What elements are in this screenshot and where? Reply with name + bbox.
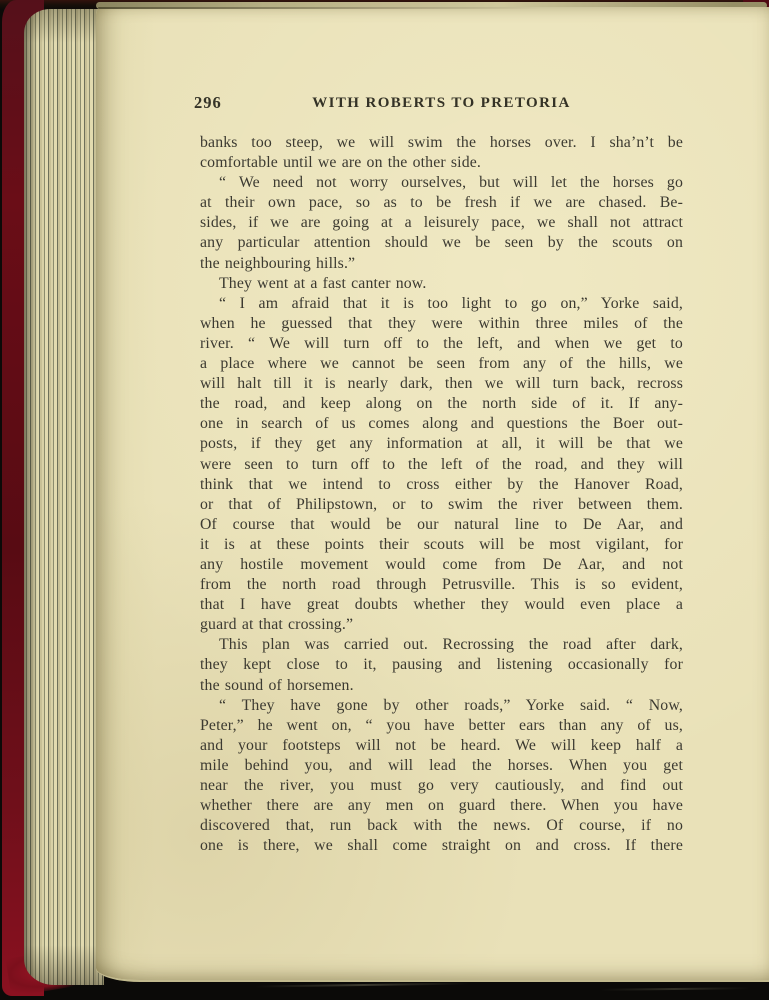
- text-line: at their own pace, so as to be fresh if …: [200, 193, 683, 213]
- text-line: when he guessed that they were within th…: [200, 314, 683, 334]
- text-line: will halt till it is nearly dark, then w…: [200, 374, 683, 394]
- fore-edge-pages: [24, 9, 104, 985]
- text-line: “ I am afraid that it is too light to go…: [200, 294, 683, 314]
- text-line: were seen to turn off to the left of the…: [200, 455, 683, 475]
- running-header: WITH ROBERTS TO PRETORIA: [200, 92, 683, 114]
- text-line: comfortable until we are on the other si…: [200, 153, 683, 173]
- text-line: that I have great doubts whether they wo…: [200, 595, 683, 615]
- text-line: banks too steep, we will swim the horses…: [200, 133, 683, 153]
- text-line: from the north road through Petrusville.…: [200, 575, 683, 595]
- text-line: any particular attention should we be se…: [200, 233, 683, 253]
- text-line: it is at these points their scouts will …: [200, 535, 683, 555]
- text-line: or that of Philipstown, or to swim the r…: [200, 495, 683, 515]
- printed-area: 296 WITH ROBERTS TO PRETORIA banks too s…: [200, 92, 683, 856]
- book-photo: 296 WITH ROBERTS TO PRETORIA banks too s…: [0, 0, 769, 1000]
- text-line: think that we intend to cross either by …: [200, 475, 683, 495]
- text-line: “ They have gone by other roads,” Yorke …: [200, 696, 683, 716]
- text-line: river. “ We will turn off to the left, a…: [200, 334, 683, 354]
- table-edge-highlight: [600, 987, 750, 991]
- text-line: posts, if they get any information at al…: [200, 434, 683, 454]
- text-line: a place where we cannot be seen from any…: [200, 354, 683, 374]
- text-line: whether there are any men on guard there…: [200, 796, 683, 816]
- text-line: guard at that crossing.”: [200, 615, 683, 635]
- page-number: 296: [194, 92, 222, 114]
- text-line: Of course that would be our natural line…: [200, 515, 683, 535]
- text-line: mile behind you, and will lead the horse…: [200, 756, 683, 776]
- page-header-row: 296 WITH ROBERTS TO PRETORIA: [200, 92, 683, 114]
- text-line: near the river, you must go very cautiou…: [200, 776, 683, 796]
- table-edge-highlight: [255, 982, 470, 987]
- text-line: the neighbouring hills.”: [200, 254, 683, 274]
- book-page: 296 WITH ROBERTS TO PRETORIA banks too s…: [96, 7, 769, 982]
- text-line: discovered that, run back with the news.…: [200, 816, 683, 836]
- text-line: This plan was carried out. Recrossing th…: [200, 635, 683, 655]
- text-line: any hostile movement would come from De …: [200, 555, 683, 575]
- text-line: one is there, we shall come straight on …: [200, 836, 683, 856]
- text-line: Peter,” he went on, “ you have better ea…: [200, 716, 683, 736]
- text-line: sides, if we are going at a leisurely pa…: [200, 213, 683, 233]
- text-line: and your footsteps will not be heard. We…: [200, 736, 683, 756]
- text-line: the sound of horsemen.: [200, 676, 683, 696]
- text-line: the road, and keep along on the north si…: [200, 394, 683, 414]
- page-body: banks too steep, we will swim the horses…: [200, 133, 683, 856]
- text-line: one in search of us comes along and ques…: [200, 414, 683, 434]
- text-line: they kept close to it, pausing and liste…: [200, 655, 683, 675]
- text-line: They went at a fast canter now.: [200, 274, 683, 294]
- text-line: “ We need not worry ourselves, but will …: [200, 173, 683, 193]
